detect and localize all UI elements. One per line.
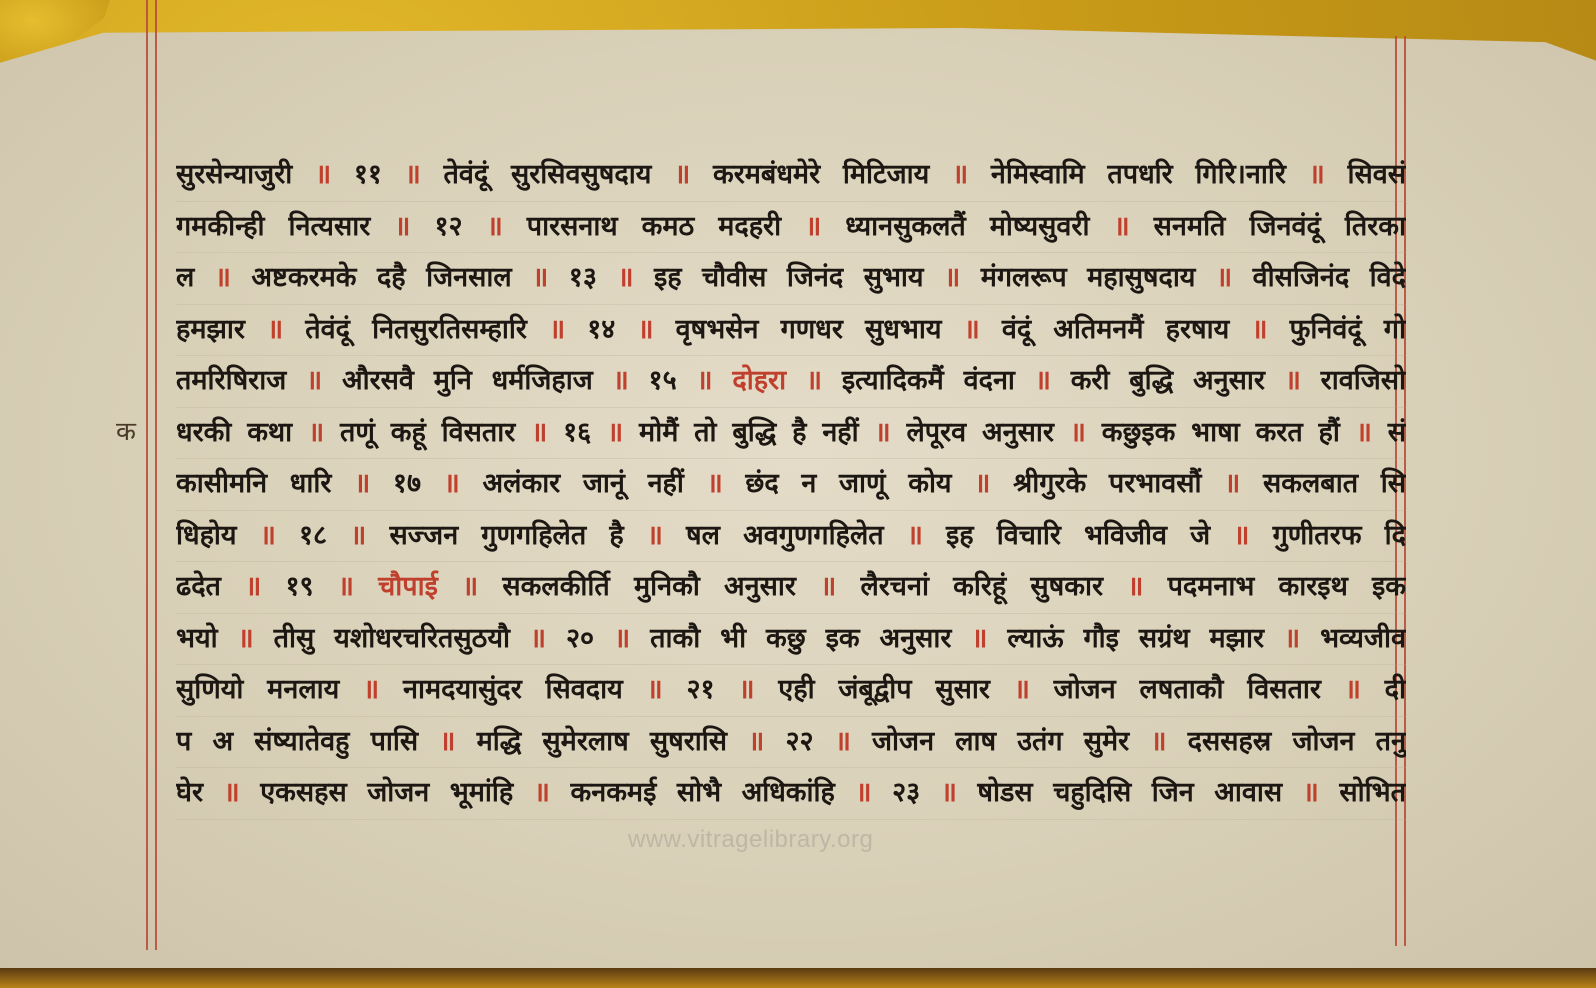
text-line: तमरिषिराज ॥ औरसवै मुनि धर्मजिहाज ॥ १५ ॥ … <box>176 356 1406 408</box>
cloth-bottom-edge <box>0 968 1596 988</box>
text-line: ढदेत ॥ १९ ॥ चौपाई ॥ सकलकीर्ति मुनिकौ अनु… <box>176 562 1406 614</box>
watermark: www.vitragelibrary.org <box>628 826 873 854</box>
manuscript-text-block: सुरसेन्याजुरी ॥ ११ ॥ तेवंदूं सुरसिवसुषदा… <box>176 150 1406 820</box>
text-line: धरकी कथा ॥ तणूं कहूं विसतार ॥ १६ ॥ मोमैं… <box>176 408 1406 460</box>
text-line: गमकीन्ही नित्यसार ॥ १२ ॥ पारसनाथ कमठ मदह… <box>176 202 1406 254</box>
text-line: सुणियो मनलाय ॥ नामदयासुंदर सिवदाय ॥ २१ ॥… <box>176 665 1406 717</box>
text-line: हमझार ॥ तेवंदूं नितसुरतिसम्हारि ॥ १४ ॥ व… <box>176 305 1406 357</box>
folio-margin-mark: क <box>116 412 136 448</box>
text-line: ल ॥ अष्टकरमके दहै जिनसाल ॥ १३ ॥ इह चौवीस… <box>176 253 1406 305</box>
text-line: प अ संष्यातेवहु पासि ॥ मद्धि सुमेरलाष सु… <box>176 717 1406 769</box>
text-line: घेर ॥ एकसहस जोजन भूमांहि ॥ कनकमई सोभै अध… <box>176 768 1406 820</box>
text-line: सुरसेन्याजुरी ॥ ११ ॥ तेवंदूं सुरसिवसुषदा… <box>176 150 1406 202</box>
left-margin-rule-outer <box>146 0 148 950</box>
text-line: कासीमनि धारि ॥ १७ ॥ अलंकार जानूं नहीं ॥ … <box>176 459 1406 511</box>
left-margin-rule-inner <box>155 0 157 950</box>
text-line: धिहोय ॥ १८ ॥ सज्जन गुणगहिलेत है ॥ षल अवग… <box>176 511 1406 563</box>
text-line: भयो ॥ तीसु यशोधरचरितसुठयौ ॥ २० ॥ ताकौ भी… <box>176 614 1406 666</box>
